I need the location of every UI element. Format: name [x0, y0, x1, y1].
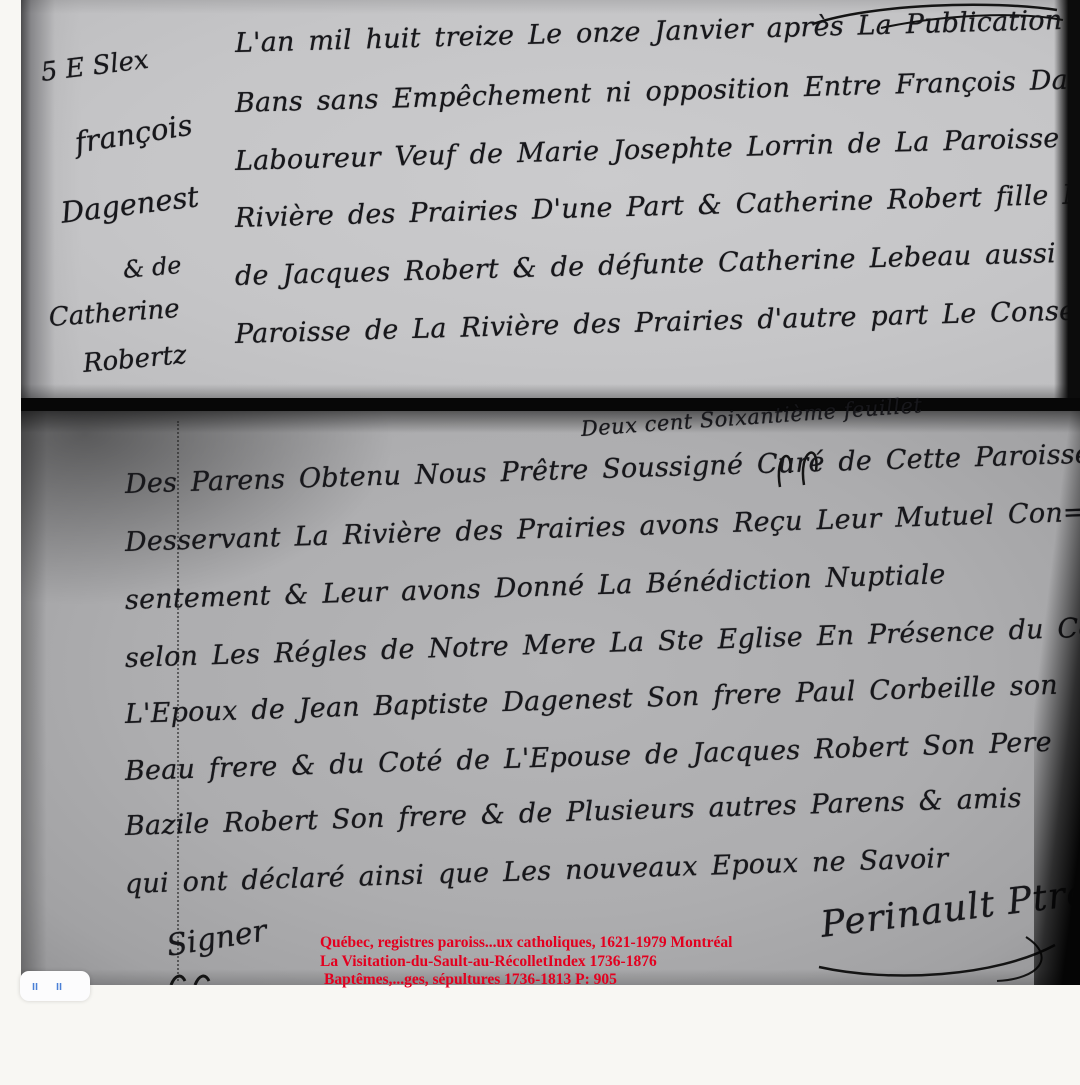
record-line: Des Parens Obtenu Nous Prêtre Soussigné … [125, 437, 1080, 500]
register-scan-image: 5 E Slex françois Dagenest & de Catherin… [21, 0, 1080, 985]
scan-right-edge [1054, 0, 1080, 398]
record-line: Bazile Robert Son frere & de Plusieurs a… [125, 783, 1023, 842]
margin-note-line: Robertz [82, 340, 188, 379]
record-line: sentement & Leur avons Donné La Bénédict… [125, 559, 947, 616]
margin-note-line: & de [122, 251, 183, 284]
record-line: Rivière des Prairies D'une Part & Cather… [235, 177, 1080, 234]
signed-word: Signer [164, 913, 269, 963]
clipped-stroke-icon [161, 971, 221, 985]
citation-line: Baptêmes,...ges, sépultures 1736-1813 P:… [320, 971, 732, 990]
scan-top-page: 5 E Slex françois Dagenest & de Catherin… [21, 0, 1080, 398]
record-line: de Jacques Robert & de défunte Catherine… [235, 236, 1080, 292]
margin-note-line: Catherine [48, 294, 181, 333]
record-line: Laboureur Veuf de Marie Josephte Lorrin … [235, 121, 1080, 177]
record-line: qui ont déclaré ainsi que Les nouveaux E… [125, 843, 949, 900]
citation-line: Québec, registres paroiss...ux catholiqu… [320, 934, 732, 953]
margin-note-line: 5 E Slex [39, 45, 150, 88]
record-line: selon Les Régles de Notre Mere La Ste Eg… [125, 610, 1080, 674]
margin-note-line: Dagenest [59, 179, 201, 230]
clipped-link-text[interactable]: ll [56, 983, 62, 990]
record-line: Beau frere & du Coté de L'Epouse de Jacq… [125, 727, 1053, 787]
citation-overlay: Québec, registres paroiss...ux catholiqu… [320, 934, 732, 990]
scan-right-edge [1034, 411, 1080, 985]
viewer-page: 5 E Slex françois Dagenest & de Catherin… [0, 0, 1080, 1085]
record-line: Bans sans Empêchement ni opposition Entr… [235, 62, 1080, 119]
record-line: L'Epoux de Jean Baptiste Dagenest Son fr… [125, 670, 1059, 730]
record-line: Desservant La Rivière des Prairies avons… [125, 497, 1080, 558]
citation-line: La Visitation-du-Sault-au-RécolletIndex … [320, 953, 732, 972]
tooltip-popup[interactable]: ll ll [20, 971, 90, 1001]
margin-note-line: françois [72, 108, 194, 160]
scan-bottom-page: Deux cent Soixantième feuillet Des Paren… [21, 411, 1080, 985]
record-line: L'an mil huit treize Le onze Janvier apr… [235, 1, 1080, 59]
record-line: Paroisse de La Rivière des Prairies d'au… [235, 292, 1080, 350]
clipped-link-text[interactable]: ll [32, 983, 38, 990]
